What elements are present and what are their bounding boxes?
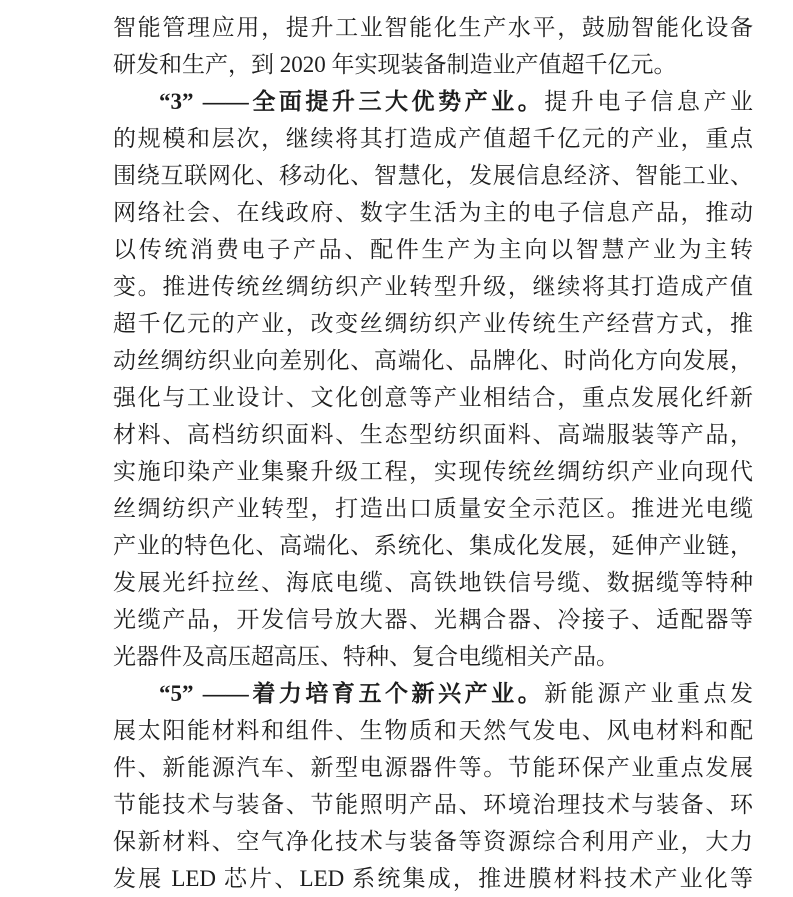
text-line: 展太阳能材料和组件、生物质和天然气发电、风电材料和配 (113, 712, 753, 749)
paragraph-heading-bold: “3” ——全面提升三大优势产业。 (159, 89, 544, 114)
line-text: 发展光纤拉丝、海底电缆、高铁地铁信号缆、数据缆等特种 (113, 570, 753, 595)
line-text: 丝绸纺织产业转型，打造出口质量安全示范区。推进光电缆 (113, 496, 753, 521)
line-text: 件、新能源汽车、新型电源器件等。节能环保产业重点发展 (113, 755, 753, 780)
text-line: 丝绸纺织产业转型，打造出口质量安全示范区。推进光电缆 (113, 490, 753, 527)
line-text: 发展 LED 芯片、LED 系统集成，推进膜材料技术产业化等 (113, 866, 753, 891)
line-text: 光缆产品，开发信号放大器、光耦合器、冷接子、适配器等 (113, 607, 753, 632)
line-text: 保新材料、空气净化技术与装备等资源综合利用产业，大力 (113, 829, 753, 854)
line-text: 节能技术与装备、节能照明产品、环境治理技术与装备、环 (113, 792, 753, 817)
text-line: 光缆产品，开发信号放大器、光耦合器、冷接子、适配器等 (113, 601, 753, 638)
line-text: 新能源产业重点发 (544, 681, 753, 706)
line-text: 展太阳能材料和组件、生物质和天然气发电、风电材料和配 (113, 718, 753, 743)
text-line: 实施印染产业集聚升级工程，实现传统丝绸纺织产业向现代 (113, 453, 753, 490)
text-line: 产业的特色化、高端化、系统化、集成化发展，延伸产业链， (113, 527, 753, 564)
paragraph-heading-bold: “5” ——着力培育五个新兴产业。 (159, 681, 544, 706)
text-line: 动丝绸纺织业向差别化、高端化、品牌化、时尚化方向发展， (113, 342, 753, 379)
line-text: 产业的特色化、高端化、系统化、集成化发展，延伸产业链， (113, 533, 753, 558)
text-line: 超千亿元的产业，改变丝绸纺织产业传统生产经营方式，推 (113, 305, 753, 342)
line-text: 动丝绸纺织业向差别化、高端化、品牌化、时尚化方向发展， (113, 348, 753, 373)
line-text: 光器件及高压超高压、特种、复合电缆相关产品。 (113, 644, 619, 669)
text-line: 研发和生产，到 2020 年实现装备制造业产值超千亿元。 (113, 46, 753, 83)
document-page: 智能管理应用，提升工业智能化生产水平，鼓励智能化设备研发和生产，到 2020 年… (0, 0, 793, 897)
text-line: 发展光纤拉丝、海底电缆、高铁地铁信号缆、数据缆等特种 (113, 564, 753, 601)
line-text: 网络社会、在线政府、数字生活为主的电子信息产品，推动 (113, 200, 753, 225)
line-text: 提升电子信息产业 (544, 89, 753, 114)
text-line: 变。推进传统丝绸纺织产业转型升级，继续将其打造成产值 (113, 268, 753, 305)
line-text: 围绕互联网化、移动化、智慧化，发展信息经济、智能工业、 (113, 163, 753, 188)
line-text: 以传统消费电子产品、配件生产为主向以智慧产业为主转 (113, 237, 753, 262)
line-text: 的规模和层次，继续将其打造成产值超千亿元的产业，重点 (113, 126, 753, 151)
text-line: 智能管理应用，提升工业智能化生产水平，鼓励智能化设备 (113, 9, 753, 46)
line-text: 超千亿元的产业，改变丝绸纺织产业传统生产经营方式，推 (113, 311, 753, 336)
text-line: 的规模和层次，继续将其打造成产值超千亿元的产业，重点 (113, 120, 753, 157)
text-line: 网络社会、在线政府、数字生活为主的电子信息产品，推动 (113, 194, 753, 231)
text-line: 材料、高档纺织面料、生态型纺织面料、高端服装等产品， (113, 416, 753, 453)
text-line: “5” ——着力培育五个新兴产业。新能源产业重点发 (113, 675, 753, 712)
line-text: 材料、高档纺织面料、生态型纺织面料、高端服装等产品， (113, 422, 753, 447)
line-text: 变。推进传统丝绸纺织产业转型升级，继续将其打造成产值 (113, 274, 753, 299)
line-text: 实施印染产业集聚升级工程，实现传统丝绸纺织产业向现代 (113, 459, 753, 484)
text-line: 强化与工业设计、文化创意等产业相结合，重点发展化纤新 (113, 379, 753, 416)
text-line: 件、新能源汽车、新型电源器件等。节能环保产业重点发展 (113, 749, 753, 786)
text-line: “3” ——全面提升三大优势产业。提升电子信息产业 (113, 83, 753, 120)
text-line: 围绕互联网化、移动化、智慧化，发展信息经济、智能工业、 (113, 157, 753, 194)
text-line: 以传统消费电子产品、配件生产为主向以智慧产业为主转 (113, 231, 753, 268)
document-body: 智能管理应用，提升工业智能化生产水平，鼓励智能化设备研发和生产，到 2020 年… (113, 9, 753, 897)
text-line: 节能技术与装备、节能照明产品、环境治理技术与装备、环 (113, 786, 753, 823)
text-line: 发展 LED 芯片、LED 系统集成，推进膜材料技术产业化等 (113, 860, 753, 897)
text-line: 光器件及高压超高压、特种、复合电缆相关产品。 (113, 638, 753, 675)
text-line: 保新材料、空气净化技术与装备等资源综合利用产业，大力 (113, 823, 753, 860)
line-text: 强化与工业设计、文化创意等产业相结合，重点发展化纤新 (113, 385, 753, 410)
line-text: 研发和生产，到 2020 年实现装备制造业产值超千亿元。 (113, 52, 677, 77)
line-text: 智能管理应用，提升工业智能化生产水平，鼓励智能化设备 (113, 15, 753, 40)
